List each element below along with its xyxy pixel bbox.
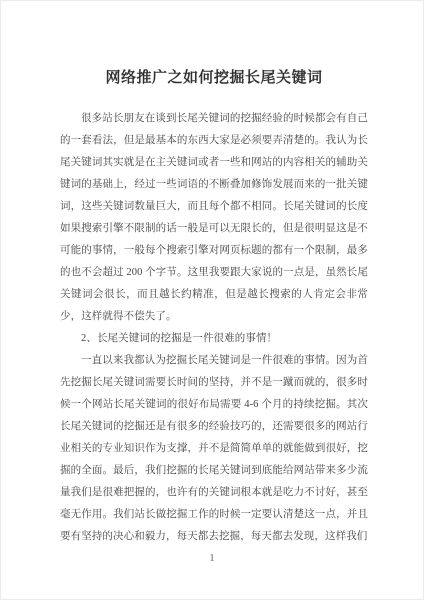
page-number: 1 (1, 552, 423, 566)
document-body: 很多站长朋友在谈到长尾关键词的挖掘经验的时候都会有自己的一套看法，但是最基本的东… (60, 108, 368, 548)
document-title: 网络推广之如何挖掘长尾关键词 (60, 65, 368, 91)
paragraph-intro: 很多站长朋友在谈到长尾关键词的挖掘经验的时候都会有自己的一套看法，但是最基本的东… (60, 108, 368, 328)
paragraph-section-heading: 2、长尾关键词的挖掘是一件很难的事情！ (60, 328, 368, 350)
document-page: 网络推广之如何挖掘长尾关键词 很多站长朋友在谈到长尾关键词的挖掘经验的时候都会有… (0, 0, 424, 600)
document-content: 网络推广之如何挖掘长尾关键词 很多站长朋友在谈到长尾关键词的挖掘经验的时候都会有… (60, 65, 368, 548)
paragraph-section-body: 一直以来我都认为挖掘长尾关键词是一件很难的事情。因为首先挖掘长尾关键词需要长时间… (60, 350, 368, 548)
